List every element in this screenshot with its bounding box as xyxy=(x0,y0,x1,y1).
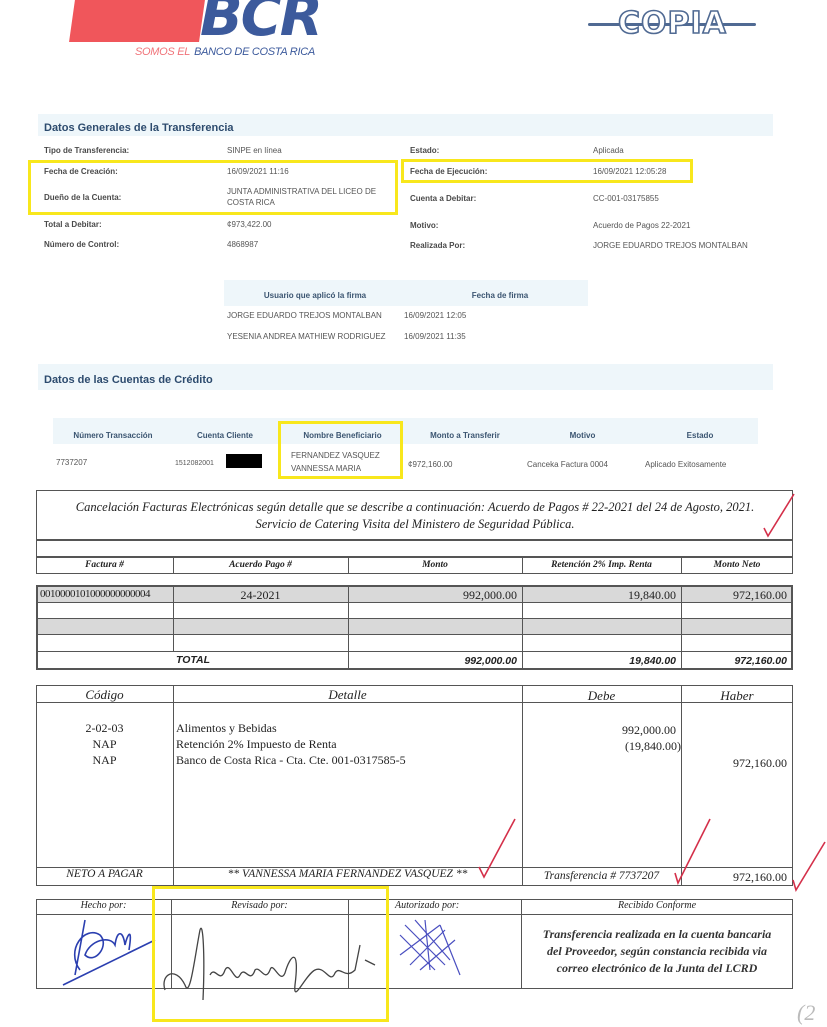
neto-label: NETO A PAGAR xyxy=(36,868,173,880)
signature-hecho-por xyxy=(55,910,165,990)
invoice-monto: 992,000.00 xyxy=(348,588,517,603)
invoice-header-factura: Factura # xyxy=(36,560,173,570)
ledger-codigo-2: NAP xyxy=(36,737,173,752)
invoice-header-monto: Monto xyxy=(348,560,522,570)
total-label: TOTAL xyxy=(176,654,210,666)
ledger-header-codigo: Código xyxy=(36,687,173,703)
highlight-revisado-por xyxy=(152,886,389,1022)
ledger-header-debe: Debe xyxy=(522,688,681,704)
description-line-1: Cancelación Facturas Electrónicas según … xyxy=(40,500,790,515)
ledger-detalle-2: Retención 2% Impuesto de Renta xyxy=(176,737,337,752)
approval-header-autorizado: Autorizado por: xyxy=(395,900,459,911)
check-mark-icon xyxy=(790,838,827,893)
divider xyxy=(522,685,523,886)
ledger-haber-3: 972,160.00 xyxy=(681,756,787,771)
invoice-header-neto: Monto Neto xyxy=(681,560,793,570)
signature-autorizado-por xyxy=(395,915,470,980)
description-box xyxy=(36,490,793,540)
check-mark-icon xyxy=(475,815,520,880)
invoice-neto: 972,160.00 xyxy=(681,588,787,603)
total-neto: 972,160.00 xyxy=(681,655,787,667)
ledger-debe-2: (19,840.00) xyxy=(522,739,681,754)
ledger-codigo-1: 2-02-03 xyxy=(36,721,173,736)
invoice-acuerdo: 24-2021 xyxy=(173,588,348,603)
check-mark-icon xyxy=(760,490,800,540)
row-divider xyxy=(36,651,793,652)
received-text-line-1: Transferencia realizada en la cuenta ban… xyxy=(521,927,793,942)
row-divider xyxy=(36,634,793,635)
ledger-codigo-3: NAP xyxy=(36,753,173,768)
neto-beneficiary: ** VANNESSA MARIA FERNANDEZ VASQUEZ ** xyxy=(173,868,522,880)
check-mark-icon xyxy=(670,815,715,885)
invoice-factura: 0010000101000000000004 xyxy=(40,588,150,600)
description-line-2: Servicio de Catering Visita del Minister… xyxy=(40,517,790,532)
page-number-mark: (2 xyxy=(797,1000,815,1026)
invoice-header-acuerdo: Acuerdo Pago # xyxy=(173,560,348,570)
total-monto: 992,000.00 xyxy=(348,655,517,667)
received-text-line-3: correo electrónico de la Junta del LCRD xyxy=(521,961,793,976)
approval-header-recibido: Recibido Conforme xyxy=(521,900,793,911)
ledger-header-haber: Haber xyxy=(681,688,793,704)
total-retencion: 19,840.00 xyxy=(522,655,676,667)
ledger-debe-1: 992,000.00 xyxy=(522,723,676,738)
ledger-detalle-1: Alimentos y Bebidas xyxy=(176,721,277,736)
divider xyxy=(173,685,174,886)
neto-transfer: Transferencia # 7737207 xyxy=(522,870,681,882)
ledger-header-detalle: Detalle xyxy=(173,687,522,703)
invoice-header-retencion: Retención 2% Imp. Renta xyxy=(522,560,681,570)
invoice-retencion: 19,840.00 xyxy=(522,588,676,603)
blank-row xyxy=(36,540,793,557)
ledger-detalle-3: Banco de Costa Rica - Cta. Cte. 001-0317… xyxy=(176,753,406,768)
row-divider xyxy=(36,618,793,619)
received-text-line-2: del Proveedor, según constancia recibida… xyxy=(521,944,793,959)
